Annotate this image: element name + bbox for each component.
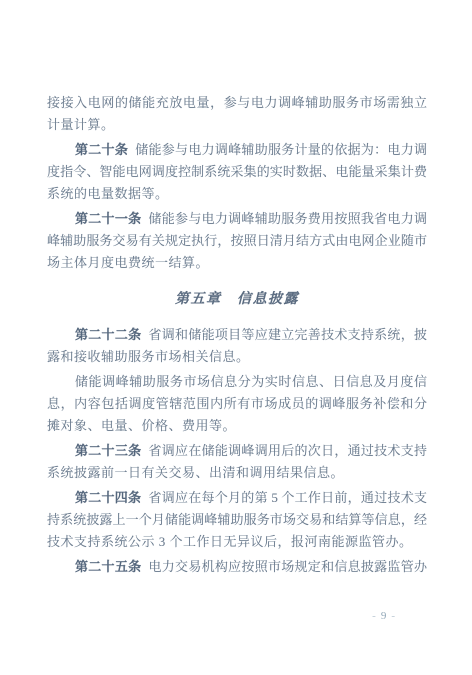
text-line: 技术支持系统公示 3 个工作日无异议后，报河南能源监管办。 — [47, 531, 427, 553]
text-line: 度指令、智能电网调度控制系统采集的实时数据、电能量采集计费 — [47, 161, 427, 183]
text-line: 露和接收辅助服务市场相关信息。 — [47, 346, 427, 368]
text-line: 第二十三条省调应在储能调峰调用后的次日，通过技术支持 — [47, 440, 427, 462]
article-number: 第二十五条 — [75, 559, 141, 574]
text-line: 第二十一条储能参与电力调峰辅助服务费用按照我省电力调 — [47, 208, 427, 230]
line-text: 省调和储能项目等应建立完善技术支持系统，披 — [149, 327, 427, 342]
text-line: 第二十二条省调和储能项目等应建立完善技术支持系统，披 — [47, 324, 427, 346]
text-line: 系统的电量数据等。 — [47, 183, 427, 205]
text-line: 息，内容包括调度管辖范围内所有市场成员的调峰服务补偿和分 — [47, 393, 427, 415]
line-text: 省调应在储能调峰调用后的次日，通过技术支持 — [149, 443, 427, 458]
article-number: 第二十条 — [75, 142, 128, 157]
article-number: 第二十一条 — [75, 211, 141, 226]
article-number: 第二十二条 — [75, 327, 141, 342]
page-number-left-dash: - — [367, 610, 381, 622]
text-line: 第二十四条省调应在每个月的第 5 个工作日前，通过技术支 — [47, 487, 427, 509]
line-text: 储能参与电力调峰辅助服务费用按照我省电力调 — [149, 211, 427, 226]
text-line: 场主体月度电费统一结算。 — [47, 252, 427, 274]
article-number: 第二十四条 — [75, 490, 141, 505]
text-line: 计量计算。 — [47, 114, 427, 136]
text-line: 持系统披露上一个月储能调峰辅助服务市场交易和结算等信息，经 — [47, 509, 427, 531]
line-text: 省调应在每个月的第 5 个工作日前，通过技术支 — [148, 490, 427, 505]
text-line: 摊对象、电量、价格、费用等。 — [47, 415, 427, 437]
article-number: 第二十三条 — [75, 443, 141, 458]
text-line: 第二十条储能参与电力调峰辅助服务计量的依据为：电力调 — [47, 139, 427, 161]
chapter-heading: 第五章 信息披露 — [47, 289, 427, 311]
text-line: 第二十五条电力交易机构应按照市场规定和信息披露监管办 — [47, 556, 427, 578]
document-page: 接接入电网的储能充放电量，参与电力调峰辅助服务市场需独立计量计算。第二十条储能参… — [0, 0, 472, 675]
document-body: 接接入电网的储能充放电量，参与电力调峰辅助服务市场需独立计量计算。第二十条储能参… — [47, 92, 427, 578]
page-footer: -9- — [367, 609, 400, 623]
line-text: 电力交易机构应按照市场规定和信息披露监管办 — [149, 559, 427, 574]
text-line: 系统披露前一日有关交易、出清和调用结果信息。 — [47, 462, 427, 484]
line-text: 储能参与电力调峰辅助服务计量的依据为：电力调 — [135, 142, 427, 157]
page-number-right-dash: - — [386, 610, 400, 622]
text-line: 储能调峰辅助服务市场信息分为实时信息、日信息及月度信 — [47, 371, 427, 393]
text-line: 接接入电网的储能充放电量，参与电力调峰辅助服务市场需独立 — [47, 92, 427, 114]
text-line: 峰辅助服务交易有关规定执行，按照日清月结方式由电网企业随市 — [47, 230, 427, 252]
